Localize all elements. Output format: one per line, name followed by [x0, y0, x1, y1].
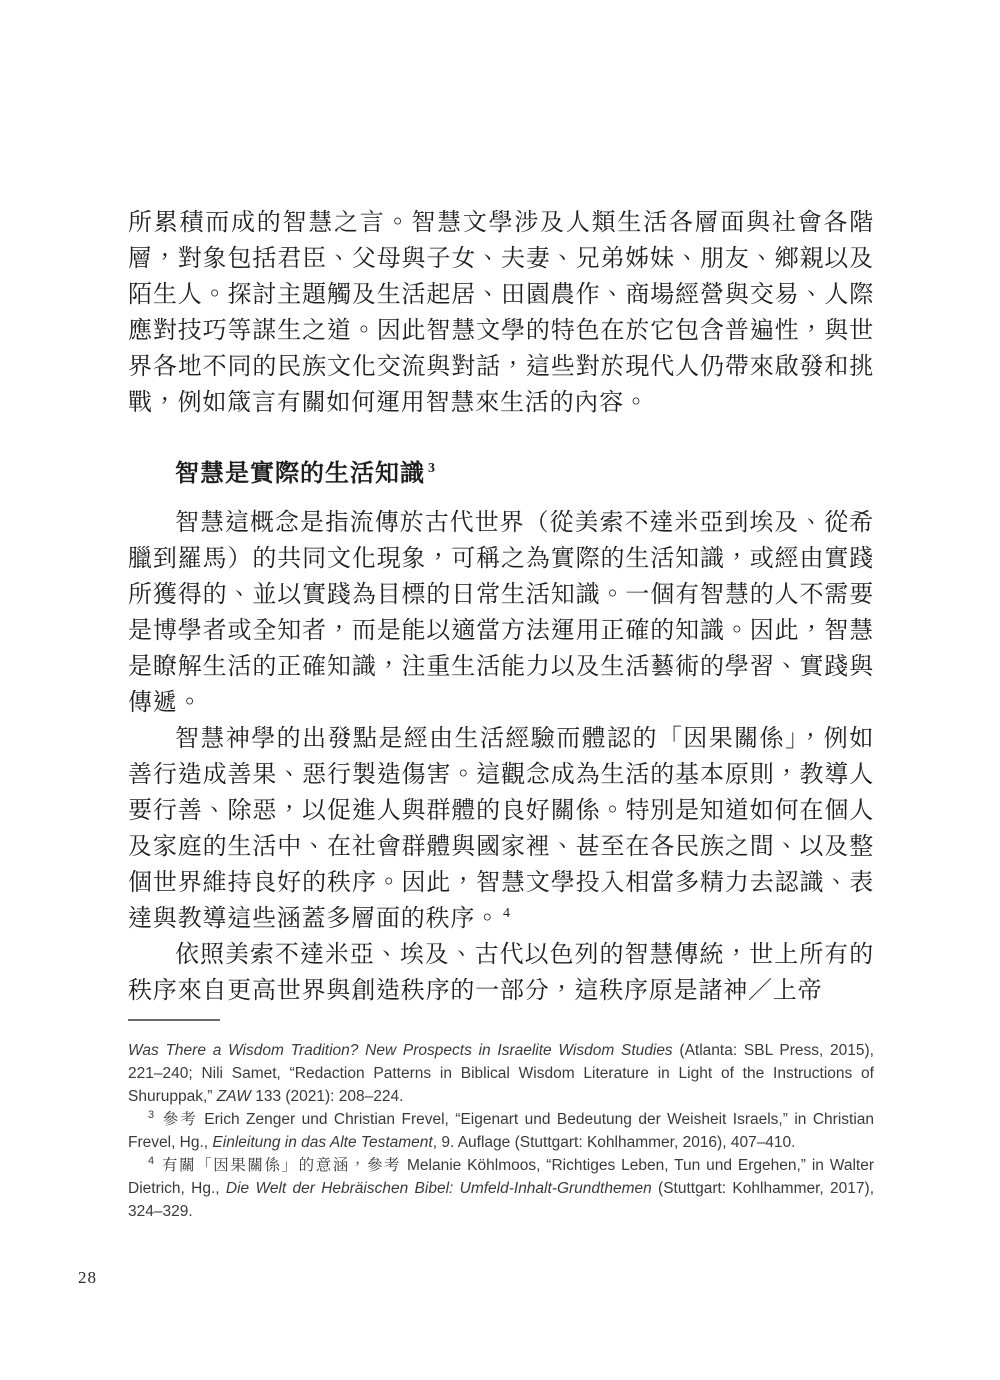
page-content: 所累積而成的智慧之言。智慧文學涉及人類生活各層面與社會各階層，對象包括君臣、父母… [128, 205, 874, 1223]
footnote-3-title-italic: Einleitung in das Alte Testament [212, 1134, 432, 1151]
footnote-4-marker: 4 [148, 1155, 154, 1167]
footnote-4-title-italic: Die Welt der Hebräischen Bibel: Umfeld-I… [226, 1180, 652, 1197]
paragraph-3-text: 智慧神學的出發點是經由生活經驗而體認的「因果關係」，例如善行造成善果、惡行製造傷… [128, 726, 874, 932]
footnote-continuation-journal-italic: ZAW [217, 1088, 251, 1105]
paragraph-2: 智慧這概念是指流傳於古代世界（從美索不達米亞到埃及、從希臘到羅馬）的共同文化現象… [128, 505, 874, 721]
footnote-ref-4: 4 [503, 906, 510, 921]
section-heading: 智慧是實際的生活知識3 [128, 456, 874, 492]
footnote-3: 3 參考 Erich Zenger und Christian Frevel, … [128, 1108, 874, 1154]
footnote-3-pages: , 9. Auflage (Stuttgart: Kohlhammer, 201… [433, 1134, 796, 1151]
footnote-separator [128, 1019, 220, 1021]
footnotes-section: Was There a Wisdom Tradition? New Prospe… [128, 1039, 874, 1223]
footnote-continuation-title-italic: Was There a Wisdom Tradition? New Prospe… [128, 1042, 673, 1059]
paragraph-3: 智慧神學的出發點是經由生活經驗而體認的「因果關係」，例如善行造成善果、惡行製造傷… [128, 721, 874, 937]
book-page: 所累積而成的智慧之言。智慧文學涉及人類生活各層面與社會各階層，對象包括君臣、父母… [0, 0, 1000, 1380]
footnote-3-marker: 3 [148, 1109, 154, 1121]
paragraph-4: 依照美索不達米亞、埃及、古代以色列的智慧傳統，世上所有的秩序來自更高世界與創造秩… [128, 937, 874, 1009]
footnote-continuation-pages: 133 (2021): 208–224. [251, 1088, 404, 1105]
footnote-continuation: Was There a Wisdom Tradition? New Prospe… [128, 1039, 874, 1108]
footnote-4: 4 有關「因果關係」的意涵，參考 Melanie Köhlmoos, “Rich… [128, 1154, 874, 1223]
page-number: 28 [78, 1268, 97, 1288]
paragraph-1: 所累積而成的智慧之言。智慧文學涉及人類生活各層面與社會各階層，對象包括君臣、父母… [128, 205, 874, 421]
footnote-ref-3: 3 [428, 461, 435, 476]
section-heading-text: 智慧是實際的生活知識 [175, 461, 425, 487]
